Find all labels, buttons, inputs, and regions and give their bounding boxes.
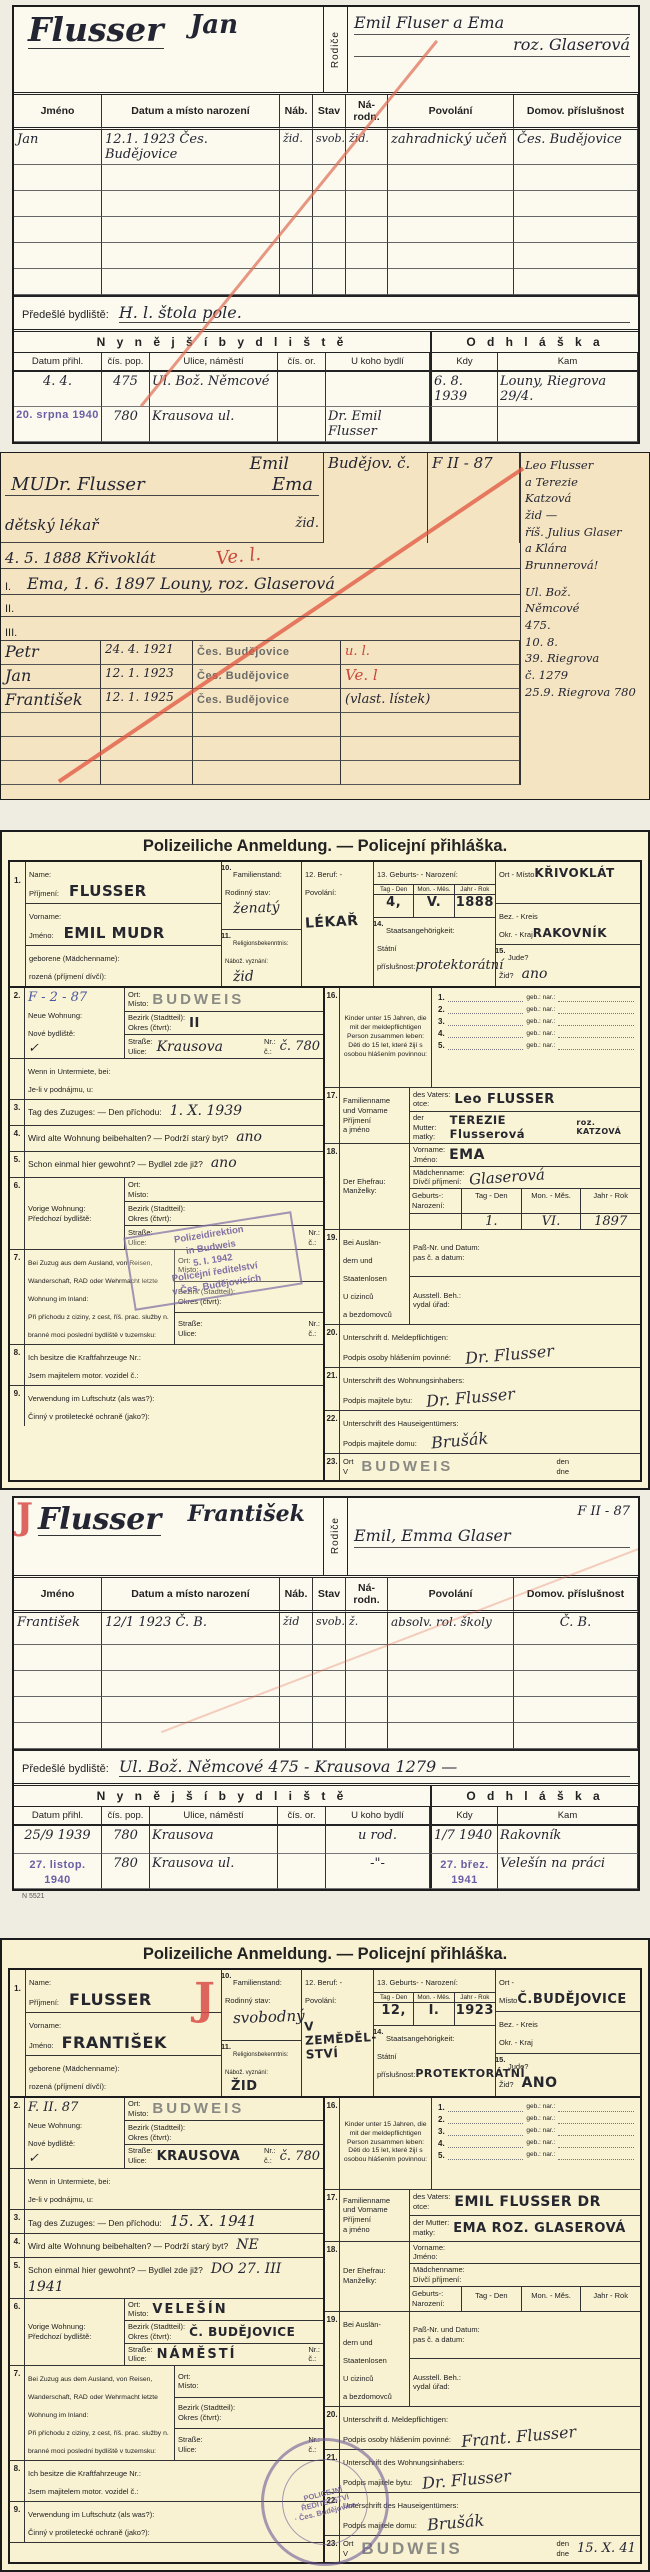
ort-subrow: Ort: Místo:BUDWEIS — [125, 988, 323, 1012]
schon-label: Schon einmal hier gewohnt? — Bydlel zde … — [28, 1159, 203, 1169]
geb-label: geb.: nar.: — [526, 1030, 555, 1038]
alte-value: ano — [236, 1129, 262, 1145]
name-label: Name: Příjmení: — [29, 870, 59, 898]
line-number: 3. — [438, 1017, 445, 1026]
stamp-text: Polizeidirektion in Budweis 5. I. 1942 P… — [171, 1224, 262, 1298]
empty-cell — [341, 761, 520, 785]
ort-column: Ort - MístoKŘIVOKLÁT Bez. - Kreis Okr. -… — [496, 862, 640, 986]
cell-nab: žid — [280, 1613, 313, 1645]
pass-label: Paß-Nr. und Datum: pas č. a datum: — [413, 1243, 480, 1263]
r0-cis: 780 — [102, 1826, 150, 1854]
empty-cell — [346, 217, 388, 243]
vorname-label: Vorname: Jméno: — [29, 912, 61, 940]
beruf-value: V ZEMĚDĚL-STVÍ — [304, 2016, 371, 2061]
form-emil-box: 1. Name: Příjmení:FLUSSER Vorname: Jméno… — [8, 860, 642, 1482]
r0-ukoho: u rod. — [326, 1826, 430, 1854]
empty-cell — [280, 1697, 313, 1723]
vlast-listek-note: (vlast. lístek) — [345, 692, 430, 707]
ort-subrow: Ort: Místo: — [125, 1178, 323, 1202]
mon-label: Mon. - Měs. — [522, 2287, 582, 2311]
maedchen-label: Mädchenname: Dívčí příjmení: — [413, 2265, 465, 2285]
firstname: Jan — [190, 10, 238, 40]
empty-cell — [1, 737, 101, 761]
field-10-number: 10. — [221, 1971, 231, 1980]
geburts2-label: Geburts-: Narození: — [410, 2287, 462, 2311]
col-narodn: Ná- rodn. — [346, 1578, 388, 1613]
untermiete-label: Wenn in Untermiete, bei: Je-li v podnájm… — [28, 1067, 110, 1094]
geburts-label: 13. Geburts- - Narození: — [377, 1978, 458, 1987]
beruf-field: 12. Beruf: - Povolání:LÉKAŘ — [302, 862, 373, 986]
jahr-value: 1888 — [455, 895, 495, 917]
surname-line: MUDr. Flusser Ema — [5, 474, 319, 496]
ehefrau-label: Der Ehefrau: Manželky: — [343, 2266, 386, 2286]
religion-field: 11.Religionsbekenntnis: Nábož. vyznání:ž… — [222, 930, 301, 986]
field-22-unterschrift: 22.Unterschrift des Hauseigentümers: Pod… — [325, 1411, 640, 1454]
religion-field: 11.Religionsbekenntnis: Nábož. vyznání:Ž… — [222, 2041, 301, 2096]
empty-cell — [346, 1723, 388, 1749]
field-8-kraftfahrzeuge: 8.Ich besitze die Kraftfahrzeuge Nr.: Js… — [10, 1345, 323, 1386]
red-j-mark: J — [16, 1496, 33, 1538]
kinder-label-cell: Kinder unter 15 Jahren, die mit der meld… — [340, 2098, 432, 2189]
mon-label: Mon. - Měs. — [414, 885, 454, 895]
pass-subrow: Paß-Nr. und Datum: pas č. a datum: — [410, 1230, 640, 1278]
geb-label: geb.: nar.: — [526, 1006, 555, 1014]
den-value: 15. X. 41 — [577, 2541, 637, 2556]
empty-cell — [388, 165, 514, 191]
cell-jmeno: Jan — [14, 130, 102, 165]
line-number: 4. — [438, 1029, 445, 1038]
col-kdy: Kdy — [430, 353, 498, 372]
staats-field: 14.Staatsangehörigkeit: Státní příslušno… — [374, 917, 495, 986]
birthplace-value: Č.BUDĚJOVICE — [517, 1992, 626, 2007]
jahr-label: Jahr - Rok — [581, 1189, 640, 1213]
staats-field: 14.Staatsangehörigkeit: Státní příslušno… — [374, 2025, 495, 2096]
parents-line2: roz. Glaserová — [354, 35, 630, 57]
empty-cell — [313, 243, 346, 269]
r1-kam — [498, 407, 638, 442]
name-field: Name: Příjmení:FLUSSER — [26, 862, 221, 904]
child-name: Jan — [1, 665, 101, 689]
form-title: Polizeiliche Anmeldung. — Policejní přih… — [2, 1940, 648, 1968]
ort-label: Ort: Místo: — [128, 990, 148, 1010]
mutter-value: TEREZIE Flusserová — [450, 1113, 573, 1141]
auslaender-label-cell: Bei Auslän- dern und Staatenlosen U cizi… — [340, 2312, 410, 2406]
empty-cell — [514, 191, 638, 217]
empty-cell — [102, 1697, 280, 1723]
col-jmeno: Jméno — [14, 1578, 102, 1613]
unterschrift1-label: Unterschrift d. Meldepflichtigen: Podpis… — [343, 2415, 451, 2444]
col-datum-prihl: Datum přihl. — [14, 353, 102, 372]
r0-kdy: 1/7 1940 — [430, 1826, 498, 1854]
col-cis-pop: čís. pop. — [102, 353, 150, 372]
alte-label: Wird alte Wohnung beibehalten? — Podrží … — [28, 1133, 228, 1143]
field-18-number: 18. — [325, 2242, 340, 2311]
geb-label: geb.: nar.: — [526, 1042, 555, 1050]
field-16-number: 16. — [325, 2098, 340, 2189]
child-place: Čes. Budějovice — [193, 665, 341, 689]
surname: Flusser — [28, 13, 164, 49]
vorige-label: Vorige Wohnung: Předchozí bydliště: — [28, 2322, 91, 2342]
kinder-line: 1.geb.: nar.: — [434, 993, 638, 1002]
blank-number — [10, 1059, 25, 1099]
empty-cell — [101, 761, 193, 785]
parents-cell: Emil Fluser a Ema roz. Glaserová — [348, 7, 638, 92]
col-povolani: Povolání — [388, 1578, 514, 1613]
jude-value: ano — [522, 966, 548, 982]
familienstand-label: Familienstand: Rodinný stav: — [225, 870, 282, 897]
card-frantisek-backing: J Flusser František Rodiče F II - 87 Emi… — [0, 1496, 650, 1900]
strasse-subrow: Straße: Ulice:Nr.: č.: — [175, 1313, 323, 1344]
cell-datum: 12.1. 1923 Čes. Budějovice — [102, 130, 280, 165]
auslaender-label: Bei Auslän- dern und Staatenlosen U cizi… — [343, 1238, 392, 1319]
margin-note: Němcové — [525, 600, 645, 617]
mon-value: V. — [414, 895, 454, 917]
r1-ulice: Krausova ul. — [150, 1854, 278, 1889]
field-21-number: 21. — [325, 1368, 340, 1410]
bezirk-subrow: Bezirk (Stadtteil): Okres (čtvrt): — [125, 2121, 323, 2145]
kinder-line: 2.geb.: nar.: — [434, 1005, 638, 1014]
strasse-label: Straße: Ulice: — [128, 1037, 153, 1057]
field-16-kinder: 16. Kinder unter 15 Jahren, die mit der … — [325, 988, 640, 1088]
field-10-number: 10. — [221, 863, 231, 872]
empty-cell — [313, 1697, 346, 1723]
geborene-label: geborene (Mädchenname): rozená (příjmení… — [29, 2064, 119, 2091]
geb-label: geb.: nar.: — [526, 1018, 555, 1026]
vorige-label: Vorige Wohnung: Předchozí bydliště: — [28, 1204, 91, 1224]
empty-cell — [14, 269, 102, 295]
geburts-table: Tag - Den Mon. - Měs. Jahr - Rok 4, V. 1… — [374, 884, 495, 917]
head-row: Emil MUDr. Flusser Ema Budějov. č. F II … — [1, 453, 520, 515]
field-14-number: 14. — [373, 919, 383, 928]
husband-firstname: Emil — [5, 454, 319, 474]
empty-cell — [102, 1645, 280, 1671]
geb-label: geb.: nar.: — [526, 2127, 555, 2135]
col-ulice: Ulice, náměstí — [150, 1807, 278, 1826]
untermiete-cell: Wenn in Untermiete, bei: Je-li v podnájm… — [25, 2169, 323, 2209]
kinder-line: 2.geb.: nar.: — [434, 2115, 638, 2124]
file-code: F II - 87 — [432, 454, 493, 472]
nr-label: Nr.: č.: — [308, 1228, 320, 1248]
col-jmeno: Jméno — [14, 95, 102, 130]
card-jan-backing: Flusser Jan Rodiče Emil Fluser a Ema roz… — [0, 0, 650, 444]
zuzug-label: Tag des Zuzuges: — Den příchodu: — [28, 2218, 162, 2228]
tag-label: Tag - Den — [374, 1993, 414, 2003]
bezirk-label: Bezirk (Stadtteil): Okres (čtvrt): — [128, 1204, 185, 1224]
luftschutz-label: Verwendung im Luftschutz (als was?): Čin… — [28, 2510, 154, 2537]
line-number: 1. — [438, 993, 445, 1002]
empty-cell — [280, 1723, 313, 1749]
field-6-number: 6. — [10, 1178, 25, 1249]
alte-label: Wird alte Wohnung beibehalten? — Podrží … — [28, 2241, 228, 2251]
row-II: II. — [1, 595, 520, 617]
zuzug-cell: Tag des Zuzuges: — Den příchodu:1. X. 19… — [25, 1100, 323, 1125]
empty-cell — [428, 515, 520, 543]
empty-cell — [193, 761, 341, 785]
alte-cell: Wird alte Wohnung beibehalten? — Podrží … — [25, 1126, 323, 1151]
line-number: 5. — [438, 2151, 445, 2160]
field-15-number: 15. — [495, 2055, 505, 2064]
empty-cell — [388, 243, 514, 269]
cell-stav: svob. — [313, 130, 346, 165]
surname-value: FLUSSER — [69, 882, 147, 900]
rodice-label: Rodiče — [330, 31, 341, 68]
empty-cell — [346, 165, 388, 191]
line-number: 1. — [438, 2103, 445, 2112]
kinder-label: Kinder unter 15 Jahren, die mit der meld… — [343, 2121, 428, 2165]
empty-cell — [346, 1697, 388, 1723]
col-nab: Náb. — [280, 95, 313, 130]
empty-cell — [346, 191, 388, 217]
r1-kam: Velešín na práci — [498, 1854, 638, 1889]
mon-label: Mon. - Měs. — [522, 1189, 582, 1213]
r1-kdy: 27. břez. 1941 — [430, 1854, 498, 1889]
wife-tag-value: 1. — [462, 1214, 522, 1229]
wife-maiden-value: Glaserová — [468, 1166, 545, 1189]
child-note: (vlast. lístek) — [341, 689, 520, 713]
empty-cell — [102, 1723, 280, 1749]
kinder-label: Kinder unter 15 Jahren, die mit der meld… — [343, 1015, 428, 1059]
beruf-label: 12. Beruf: - Povolání: — [305, 1978, 342, 2005]
field-21-unterschrift: 21.Unterschrift des Wohnungsinhabers: Po… — [325, 1368, 640, 1411]
geborene-label: geborene (Mädchenname): rozená (příjmení… — [29, 954, 119, 981]
empty-cell — [14, 191, 102, 217]
kraft-cell: Ich besitze die Kraftfahrzeuge Nr.: Jsem… — [25, 1345, 323, 1385]
file-code-cell: F II - 87 — [428, 453, 520, 515]
bottom-group-headers: N y n ě j š í b y d l i š t ě O d h l á … — [14, 1786, 638, 1807]
geburts-header: 13. Geburts- - Narození: — [374, 862, 495, 884]
empty-cell — [14, 1645, 102, 1671]
field-14-number: 14. — [373, 2027, 383, 2036]
untermiete-row: Wenn in Untermiete, bei: Je-li v podnájm… — [10, 1059, 323, 1100]
field-17-number: 17. — [325, 2190, 340, 2241]
empty-cell — [341, 737, 520, 761]
empty-cell — [14, 1723, 102, 1749]
empty-cell — [388, 1671, 514, 1697]
r1-ukoho: Dr. Emil Flusser — [326, 407, 430, 442]
kraft-label: Ich besitze die Kraftfahrzeuge Nr.: Jsem… — [28, 2469, 141, 2496]
cell-datum: 12/1 1923 Č. B. — [102, 1613, 280, 1645]
r1-ulice: Krausova ul. — [150, 407, 278, 442]
child-place: Čes. Budějovice — [193, 689, 341, 713]
budweis-stamp: BUDWEIS — [152, 991, 244, 1008]
r1-datum: 27. listop. 1940 — [14, 1854, 102, 1889]
field-19-number: 19. — [325, 2312, 340, 2406]
empty-cell — [101, 737, 193, 761]
sig22-cell: Unterschrift des Hauseigentümers: Podpis… — [340, 1411, 640, 1453]
predesle-bydliste: Předešlé bydliště: H. l. štola pole. — [14, 295, 638, 332]
field-17-eltern: 17. Familienname und Vorname Příjmení a … — [325, 2190, 640, 2242]
form-emil-left: 2. F - 2 - 87 Neue Wohnung: Nové bydlišt… — [10, 988, 325, 1480]
name-field: Name: Příjmení:FLUSSER — [26, 1970, 221, 2013]
maedchen-label: Mädchenname: Dívčí příjmení: — [413, 1168, 465, 1188]
col-narodn: Ná- rodn. — [346, 95, 388, 130]
field-20-unterschrift: 20.Unterschrift d. Meldepflichtigen: Pod… — [325, 1325, 640, 1368]
staats-value: protektorátní — [415, 958, 503, 973]
vorige-label-cell: Vorige Wohnung: Předchozí bydliště: — [25, 2299, 125, 2366]
col-nab: Náb. — [280, 1578, 313, 1613]
empty-cell — [313, 1671, 346, 1697]
name-column: Name: Příjmení:FLUSSER Vorname: Jméno:EM… — [26, 862, 222, 986]
parents-cell: F II - 87 Emil, Emma Glaser — [348, 1498, 638, 1575]
wife-mon-value: VI. — [522, 1214, 582, 1229]
cell-narodn: ž. — [346, 1613, 388, 1645]
empty-cell — [102, 217, 280, 243]
auslaender-label: Bei Auslän- dern und Staatenlosen U cizi… — [343, 2320, 392, 2401]
jahr-label: Jahr - Rok — [455, 1993, 495, 2003]
firstname-value: EMIL MUDR — [64, 924, 165, 942]
field-3-number: 3. — [10, 1100, 25, 1125]
cell-povolani: absolv. rol. školy — [388, 1613, 514, 1645]
zuzug-label: Tag des Zuzuges: — Den příchodu: — [28, 1107, 162, 1117]
beruf-column: 12. Beruf: - Povolání:V ZEMĚDĚL-STVÍ — [302, 1970, 374, 2096]
margin-note: 25.9. Riegrova 780 — [525, 684, 645, 701]
budejov-number-label: Budějov. č. — [328, 454, 410, 472]
jahr-value: 1923 — [455, 2003, 495, 2025]
odhlaska-label: O d h l á š k a — [430, 1786, 638, 1806]
margin-note: říš. Julius Glaser — [525, 524, 645, 541]
empty-cell — [193, 713, 341, 737]
round-stamp-text: POLICEJNÍ ŘEDITELSTVÍ · Čes. Budějovice … — [273, 2449, 377, 2553]
firstname-value: FRANTIŠEK — [62, 2033, 167, 2052]
familienname-label: Familienname und Vorname Příjmení a jmén… — [343, 2196, 390, 2235]
den-dne-label: den dne — [556, 2539, 569, 2559]
child-note: Ve. l — [341, 665, 520, 689]
col-datum: Datum a místo narození — [102, 95, 280, 130]
empty-cell — [14, 217, 102, 243]
religion-value: ŽID — [231, 2079, 298, 2094]
empty-cell — [102, 243, 280, 269]
schon-cell: Schon einmal hier gewohnt? — Bydlel zde … — [25, 1152, 323, 1177]
religion: žid. — [296, 516, 319, 541]
ort-label: Ort: Místo: — [128, 2099, 148, 2119]
field-3-zuzug: 3.Tag des Zuzuges: — Den příchodu:1. X. … — [10, 1100, 323, 1126]
col-domov: Domov. příslušnost — [514, 1578, 638, 1613]
vorige-strasse-value: NÁMĚSTÍ — [157, 2347, 237, 2362]
r0-datum: 4. 4. — [14, 372, 102, 407]
field-18-ehefrau: 18. Der Ehefrau: Manželky: Vorname: Jmén… — [325, 2242, 640, 2312]
ort-misto-label: Ort - Místo — [499, 870, 534, 879]
card-frantisek-bottom-table: Datum přihl. čís. pop. Ulice, náměstí čí… — [14, 1807, 638, 1889]
signature: Dr. Flusser — [422, 2466, 512, 2493]
strasse-value: KRAUSOVA — [157, 2149, 241, 2164]
vorige-subrows: Ort: Místo:VELEŠÍN Bezirk (Stadtteil): O… — [125, 2299, 323, 2366]
field-11-number: 11. — [221, 931, 231, 940]
cell-nab: žid. — [280, 130, 313, 165]
ausstell-label: Ausstell. Beh.: vydal úřad: — [413, 2373, 461, 2393]
col-kdy: Kdy — [430, 1807, 498, 1826]
vorname-label: Vorname: Jméno: — [413, 1145, 445, 1165]
empty-cell — [14, 1697, 102, 1723]
empty-cell — [101, 713, 193, 737]
wife-jahr-value: 1897 — [581, 1214, 640, 1229]
strasse-subrow: Straße: Ulice:NÁMĚSTÍNr.: č.: — [125, 2344, 323, 2366]
empty-cell — [514, 217, 638, 243]
r1-cis: 780 — [102, 1854, 150, 1889]
strasse-label: Straße: Ulice: — [178, 1319, 203, 1339]
field-9-number: 9. — [10, 1386, 25, 1426]
flat-code: F - 2 - 87 — [28, 990, 121, 1005]
familienstand-value: ženatý — [233, 899, 299, 917]
empty-cell — [102, 191, 280, 217]
rodice-cell: Rodiče — [324, 1498, 348, 1575]
ausland-label-cell: Bei Zuzug aus dem Ausland, von Reisen, W… — [25, 2366, 175, 2460]
geb-label: geb.: nar.: — [526, 2139, 555, 2147]
r1-cis: 780 — [102, 407, 150, 442]
blank-number — [10, 2169, 25, 2209]
predesle-value: H. l. štola pole. — [119, 303, 630, 323]
empty-cell — [280, 217, 313, 243]
ort-v-label: Ort V — [343, 1457, 353, 1477]
empty-cell — [346, 1671, 388, 1697]
r1-kdy — [430, 407, 498, 442]
field-6-vorige-wohnung: 6. Vorige Wohnung: Předchozí bydliště: O… — [10, 2299, 323, 2367]
maedchen-subrow: Mädchenname: Dívčí příjmení: — [410, 2264, 640, 2287]
bezirk-subrow: Bezirk (Stadtteil): Okres (čtvrt):II — [125, 1012, 323, 1036]
scanned-documents-page: Flusser Jan Rodiče Emil Fluser a Ema roz… — [0, 0, 650, 2572]
rodice-label: Rodiče — [330, 1517, 341, 1554]
empty-cell — [313, 191, 346, 217]
vorname-field: Vorname: Jméno:FRANTIŠEK — [26, 2013, 221, 2056]
surname-value: FLUSSER — [69, 1990, 152, 2009]
empty-cell — [193, 737, 341, 761]
children-rows: Petr 24. 4. 1921 Čes. Budějovice u. l. J… — [1, 641, 520, 785]
bezirk-subrow: Bezirk (Stadtteil): Okres (čtvrt):Č. BUD… — [125, 2321, 323, 2344]
schon-value: ano — [211, 1155, 237, 1171]
card-emil-backing: Emil MUDr. Flusser Ema Budějov. č. F II … — [0, 444, 650, 800]
r0-kdy: 6. 8. 1939 — [430, 372, 498, 407]
kinder-line: 3.geb.: nar.: — [434, 1017, 638, 1026]
empty-cell — [324, 515, 428, 543]
luftschutz-label: Verwendung im Luftschutz (als was?): Čin… — [28, 1394, 154, 1421]
mutter-label: der Mutter: matky: — [413, 1113, 446, 1142]
neue-wohnung-subrows: Ort: Místo:BUDWEIS Bezirk (Stadtteil): O… — [125, 2098, 323, 2168]
margin-note: a Klára — [525, 540, 645, 557]
wife-firstname-value: EMA — [449, 1147, 485, 1163]
empty-cell — [280, 243, 313, 269]
empty-cell — [514, 1723, 638, 1749]
col-kam: Kam — [498, 353, 638, 372]
form-frantisek-box: 1. J Name: Příjmení:FLUSSER Vorname: Jmé… — [8, 1968, 642, 2564]
cell-stav: svob. — [313, 1613, 346, 1645]
field-2-neue-wohnung: 2. F - 2 - 87 Neue Wohnung: Nové bydlišt… — [10, 988, 323, 1059]
ausstell-label: Ausstell. Beh.: vydal úřad: — [413, 1291, 461, 1311]
roman-II: II. — [5, 603, 27, 615]
alte-cell: Wird alte Wohnung beibehalten? — Podrží … — [25, 2234, 323, 2257]
surname: MUDr. Flusser — [11, 474, 145, 495]
vorname-label: Vorname: Jméno: — [413, 2243, 445, 2263]
col-cis-or: čís. or. — [278, 1807, 326, 1826]
empty-cell — [280, 165, 313, 191]
nynejsi-label: N y n ě j š í b y d l i š t ě — [14, 332, 430, 352]
field-8-number: 8. — [10, 2461, 25, 2501]
col-stav: Stav — [313, 1578, 346, 1613]
geburts-table: Tag - Den Mon. - Měs. Jahr - Rok 12, I. … — [374, 1992, 495, 2025]
beruf-value: LÉKAŘ — [305, 912, 371, 931]
r0-ulice: Krausova — [150, 1826, 278, 1854]
predesle-label: Předešlé bydliště: — [22, 1763, 109, 1775]
empty-cell — [280, 191, 313, 217]
r1-ukoho: -"- — [326, 1854, 430, 1889]
birth-row: 4. 5. 1888 Křivoklát Ve. l. — [1, 543, 520, 569]
geborene-field: geborene (Mädchenname): rozená (příjmení… — [26, 946, 221, 986]
zuzug-value: 15. X. 1941 — [170, 2212, 257, 2230]
ehefrau-subrows: Vorname: Jméno:EMA Mädchenname: Dívčí př… — [410, 1144, 640, 1229]
beruf-field: 12. Beruf: - Povolání:V ZEMĚDĚL-STVÍ — [302, 1970, 373, 2096]
odhlaska-label: O d h l á š k a — [430, 332, 638, 352]
roman-I: I. — [5, 581, 27, 593]
kinder-line: 5.geb.: nar.: — [434, 1041, 638, 1050]
vorname-field: Vorname: Jméno:EMIL MUDR — [26, 904, 221, 946]
